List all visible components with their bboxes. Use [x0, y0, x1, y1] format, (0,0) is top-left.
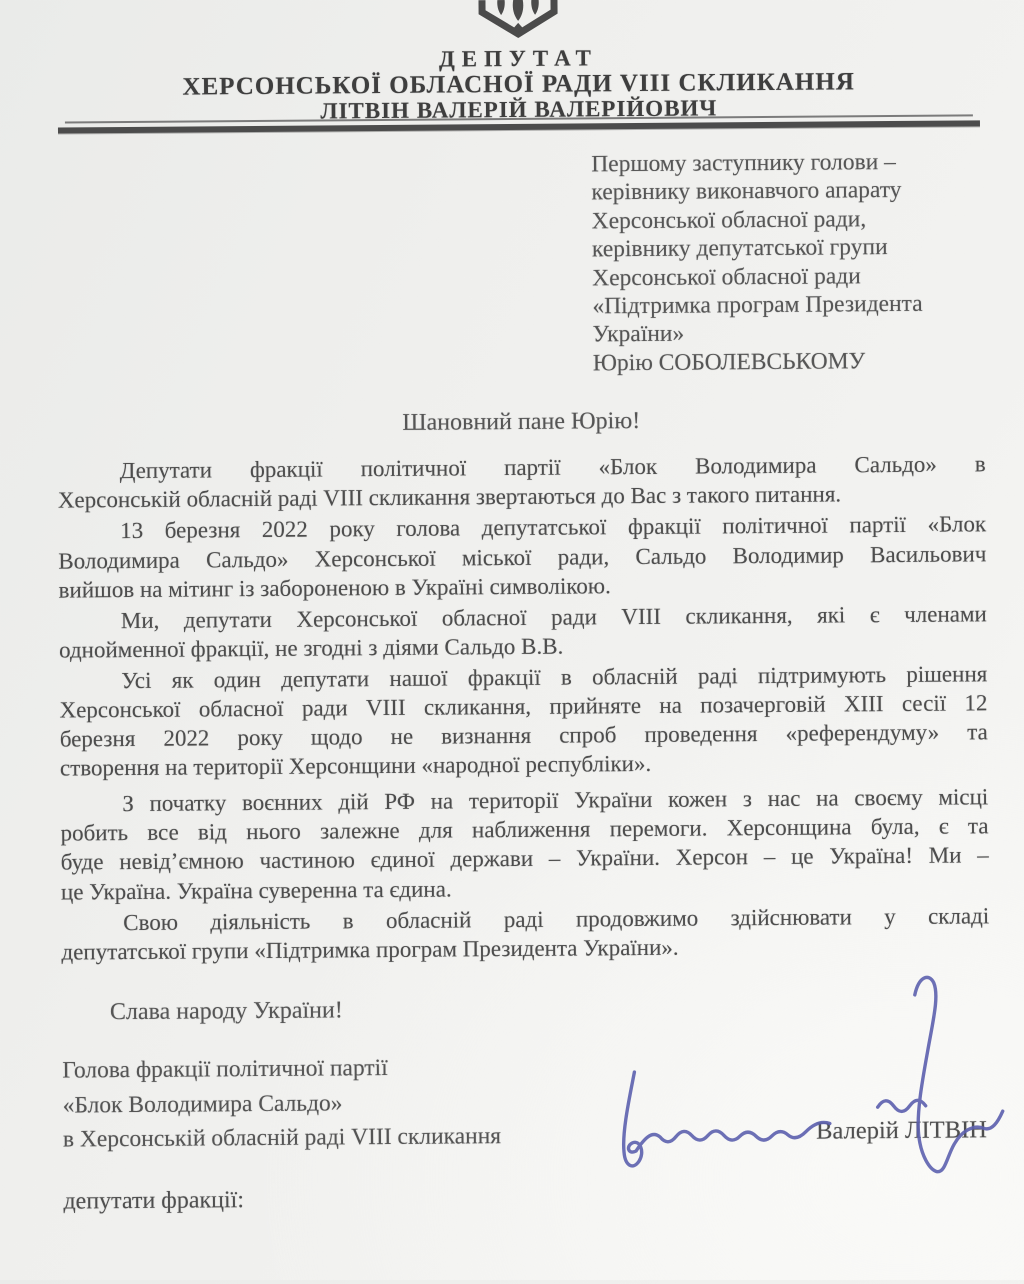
recipient-line: керівнику виконавчого апарату: [591, 176, 963, 207]
paragraph: Ми, депутати Херсонської обласної ради V…: [59, 599, 987, 664]
recipient-line: України»: [593, 318, 965, 349]
signer-position-line: Голова фракції політичної партії: [62, 1050, 500, 1088]
body-line: депутатської групи «Підтримка програм Пр…: [61, 930, 989, 966]
recipient-line: Юрію СОБОЛЕВСЬКОМУ: [593, 346, 965, 377]
salutation: Шановний пане Юрію!: [57, 406, 985, 440]
tryzub-emblem-icon: [476, 0, 560, 38]
signer-name: Валерій ЛІТВІН: [816, 1116, 991, 1151]
recipient-line: «Підтримка програм Президента: [592, 289, 964, 320]
paragraph: Усі як один депутати нашої фракції в обл…: [59, 659, 988, 783]
scanned-letter-page: ДЕПУТАТ ХЕРСОНСЬКОЇ ОБЛАСНОЇ РАДИ VIII С…: [0, 0, 1024, 1280]
slogan-line: Слава народу України!: [62, 992, 990, 1026]
recipient-block: Першому заступнику голови –керівнику вик…: [591, 147, 965, 377]
body-line: створення на території Херсонщини «народ…: [60, 746, 988, 782]
letter-body: Депутати фракції політичної партії «Блок…: [58, 450, 990, 967]
body-line: Херсонській обласній раді VIII скликання…: [58, 479, 986, 515]
signature-block: Голова фракції політичної партії«Блок Во…: [62, 1046, 991, 1158]
recipient-line: Першому заступнику голови –: [591, 147, 963, 178]
recipient-line: Херсонської обласної ради: [592, 261, 964, 292]
footer-label: депутати фракції:: [63, 1181, 991, 1215]
recipient-line: Херсонської обласної ради,: [592, 204, 964, 235]
paragraph: Депутати фракції політичної партії «Блок…: [58, 450, 986, 515]
recipient-line: керівнику депутатської групи: [592, 233, 964, 264]
paragraph: Свою діяльність в обласній раді продовжи…: [61, 901, 989, 966]
body-line: однойменної фракції, не згодні з діями С…: [59, 628, 987, 664]
paragraph: З початку воєнних дій РФ на території Ук…: [60, 783, 989, 907]
signer-position-line: «Блок Володимира Сальдо»: [63, 1085, 501, 1123]
paragraph: 13 березня 2022 року голова депутатської…: [58, 510, 987, 605]
signer-position-line: в Херсонській обласній раді VIII скликан…: [63, 1120, 501, 1158]
signer-position-block: Голова фракції політичної партії«Блок Во…: [62, 1050, 501, 1158]
